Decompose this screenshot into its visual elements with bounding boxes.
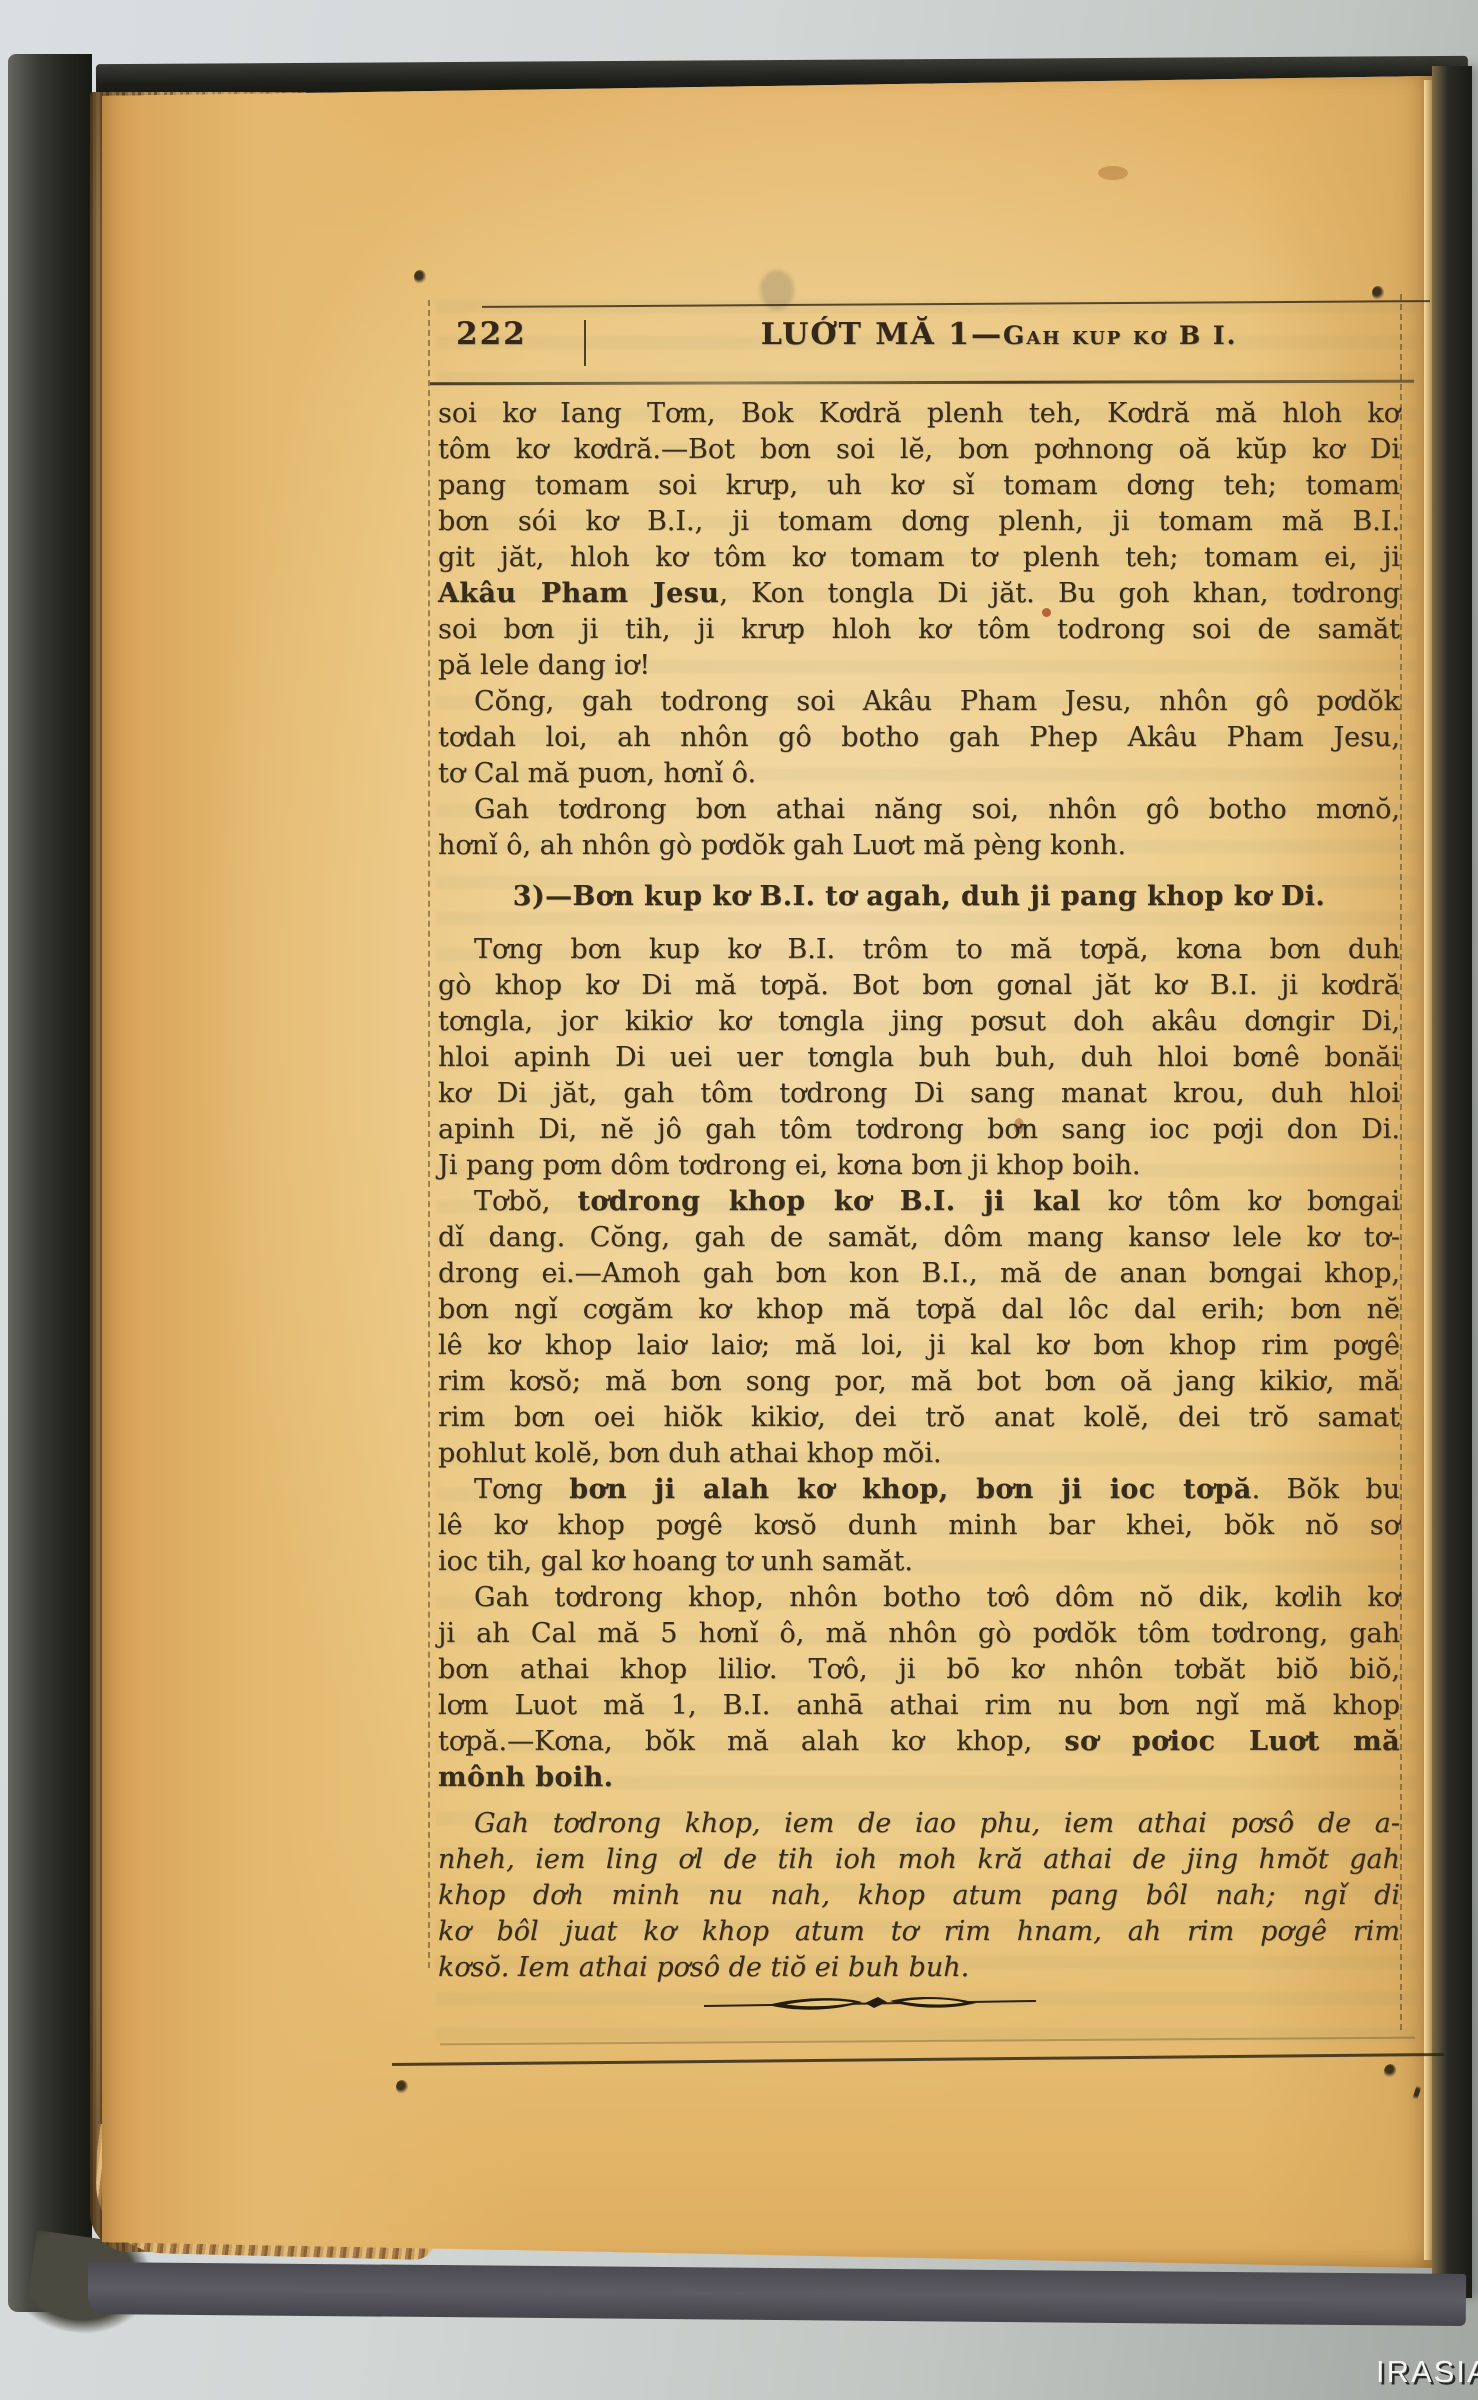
running-header: 222 LUỚT MĂ 1—Gah kup kơ B I.: [434, 316, 1412, 370]
text-line: tôm kơ kơdră.—Bot bơn soi lĕ, bơn pơhnon…: [438, 432, 1400, 468]
text-line: ioc tih, gal kơ hoang tơ unh samăt.: [438, 1544, 1400, 1580]
paragraph: Tơng bơn kup kơ B.I. trôm to mă tơpă, kơ…: [438, 932, 1400, 1184]
running-title-sub: Gah kup kơ B I.: [1003, 321, 1237, 350]
watermark-label: IRASIA: [1376, 2354, 1478, 2390]
text-line: hloi apinh Di uei uer tơngla buh buh, du…: [438, 1040, 1400, 1076]
text-line: rim bơn oei hiŏk kikiơ, dei trŏ anat kol…: [438, 1400, 1400, 1436]
text-line: tơdah loi, ah nhôn gô botho gah Phep Akâ…: [438, 720, 1400, 756]
book-scan: 222 LUỚT MĂ 1—Gah kup kơ B I. soi kơ Ian…: [0, 0, 1478, 2400]
text-line: lơm Luot mă 1, B.I. anhā athai rim nu bơ…: [438, 1688, 1400, 1724]
text-line: bơn sói kơ B.I., ji tomam dơng plenh, ji…: [438, 504, 1400, 540]
book-cover-right-edge: [1432, 66, 1472, 2298]
text-line: lê kơ khop laiơ laiơ; mă loi, ji kal kơ …: [438, 1328, 1400, 1364]
text-line: khop dơh minh nu nah, khop atum pang bôl…: [438, 1878, 1400, 1914]
text-line: pă lele dang iơ!: [438, 648, 1400, 684]
running-title: LUỚT MĂ 1—Gah kup kơ B I.: [586, 317, 1412, 352]
text-line: pang tomam soi krưp, uh kơ sǐ tomam dơng…: [438, 468, 1400, 504]
paragraph: Gah tơdrong bơn athai năng soi, nhôn gô …: [438, 792, 1400, 864]
text-line: Tơng bơn ji alah kơ khop, bơn ji ioc tơp…: [438, 1472, 1400, 1508]
text-line: rim kơsŏ; mă bơn song por, mă bot bơn oă…: [438, 1364, 1400, 1400]
text-line: Tơng bơn kup kơ B.I. trôm to mă tơpă, kơ…: [438, 932, 1400, 968]
text-line: Gah tơdrong khop, iem de iao phu, iem at…: [438, 1806, 1400, 1842]
paragraph: Cŏng, gah todrong soi Akâu Pham Jesu, nh…: [438, 684, 1400, 792]
text-line: apinh Di, nĕ jô gah tôm tơdrong bơn sang…: [438, 1112, 1400, 1148]
text-line: lê kơ khop pơgê kơsŏ dunh minh bar khei,…: [438, 1508, 1400, 1544]
text-line: git jăt, hloh kơ tôm kơ tomam tơ plenh t…: [438, 540, 1400, 576]
section-heading: 3)—Bơn kup kơ B.I. tơ agah, duh ji pang …: [438, 879, 1400, 915]
running-title-dash: —: [971, 317, 1003, 352]
page-corner-mark: [396, 2080, 408, 2094]
paragraph: Gah tơdrong khop, iem de iao phu, iem at…: [438, 1806, 1400, 1986]
left-column-rule: [428, 300, 430, 1968]
running-title-main: LUỚT MĂ 1: [761, 317, 971, 352]
text-line: Ji pang pơm dôm tơdrong ei, kơna bơn ji …: [438, 1148, 1400, 1184]
text-line: Cŏng, gah todrong soi Akâu Pham Jesu, nh…: [438, 684, 1400, 720]
right-column-rule: [1400, 294, 1402, 2030]
page-right-edge: [1424, 80, 1432, 2260]
text-line: drong ei.—Amoh gah bơn kon B.I., mă de a…: [438, 1256, 1400, 1292]
text-line: gò khop kơ Di mă tơpă. Bot bơn gơnal jăt…: [438, 968, 1400, 1004]
page-corner-mark: [1372, 286, 1384, 300]
page-number: 222: [434, 316, 584, 352]
paragraph: soi kơ Iang Tơm, Bok Kơdră plenh teh, Kơ…: [438, 396, 1400, 684]
text-line: pohlut kolĕ, bơn duh athai khop mŏi.: [438, 1436, 1400, 1472]
section-divider-ornament: [702, 1990, 1038, 2018]
text-line: soi bơn ji tih, ji krưp hloh kơ tôm todr…: [438, 612, 1400, 648]
text-line: nheh, iem ling ơl de tih ioh moh kră ath…: [438, 1842, 1400, 1878]
text-line: hơnǐ ô, ah nhôn gò pơdŏk gah Luơt mă pèn…: [438, 828, 1400, 864]
text-line: Gah tơdrong khop, nhôn botho tơô dôm nŏ …: [438, 1580, 1400, 1616]
text-line: tơngla, jor kikiơ kơ tơngla jing pơsut d…: [438, 1004, 1400, 1040]
text-column: soi kơ Iang Tơm, Bok Kơdră plenh teh, Kơ…: [438, 396, 1400, 1986]
book-cover-bottom-edge: [88, 2262, 1466, 2326]
paragraph: Gah tơdrong khop, nhôn botho tơô dôm nŏ …: [438, 1580, 1400, 1796]
text-line: ji ah Cal mă 5 hơnǐ ô, mă nhôn gò pơdŏk …: [438, 1616, 1400, 1652]
text-line: soi kơ Iang Tơm, Bok Kơdră plenh teh, Kơ…: [438, 396, 1400, 432]
page-corner-mark: [414, 270, 426, 284]
text-line: Gah tơdrong bơn athai năng soi, nhôn gô …: [438, 792, 1400, 828]
text-line: kơsŏ. Iem athai pơsô de tiŏ ei buh buh.: [438, 1950, 1400, 1986]
text-line: tơpă.—Kơna, bŏk mă alah kơ khop, sơ pơio…: [438, 1724, 1400, 1760]
text-line: mônh boih.: [438, 1760, 1400, 1796]
text-line: bơn ngǐ cơgăm kơ khop mă tơpă dal lôc da…: [438, 1292, 1400, 1328]
text-line: Akâu Pham Jesu, Kon tongla Di jăt. Bu go…: [438, 576, 1400, 612]
text-line: dǐ dang. Cŏng, gah de samăt, dôm mang ka…: [438, 1220, 1400, 1256]
paragraph: Tơbŏ, tơdrong khop kơ B.I. ji kal kơ tôm…: [438, 1184, 1400, 1472]
text-line: tơ Cal mă puơn, hơnǐ ô.: [438, 756, 1400, 792]
text-line: kơ bôl juat kơ khop atum tơ rim hnam, ah…: [438, 1914, 1400, 1950]
text-line: Tơbŏ, tơdrong khop kơ B.I. ji kal kơ tôm…: [438, 1184, 1400, 1220]
text-line: kơ Di jăt, gah tôm tơdrong Di sang manat…: [438, 1076, 1400, 1112]
text-line: 3)—Bơn kup kơ B.I. tơ agah, duh ji pang …: [438, 879, 1400, 915]
text-line: bơn athai khop liliơ. Tơô, ji bō kơ nhôn…: [438, 1652, 1400, 1688]
paragraph: Tơng bơn ji alah kơ khop, bơn ji ioc tơp…: [438, 1472, 1400, 1580]
book-cover-left-edge: [8, 54, 92, 2312]
